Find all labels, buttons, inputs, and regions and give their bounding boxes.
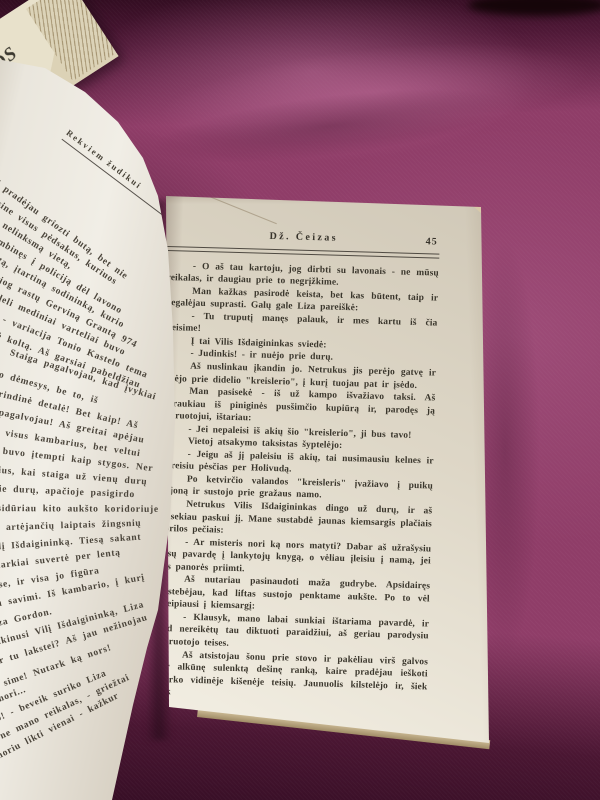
photo-open-book-on-fabric: OS S Dž. Čeizas 45 - O aš tau kartoju, j… <box>0 0 600 800</box>
left-page-line: atsidūriau kito aukšto koridoriuje <box>0 504 159 515</box>
page-number: 45 <box>426 236 438 247</box>
right-book-page: Dž. Čeizas 45 - O aš tau kartoju, jog di… <box>158 188 494 754</box>
right-page-body-text: - O aš tau kartoju, jog dirbti su lavona… <box>155 260 439 707</box>
right-page-content: Dž. Čeizas 45 - O aš tau kartoju, jog di… <box>155 228 440 706</box>
paragraph: Aš atsistojau šonu prie stovo ir pakėlia… <box>155 648 428 706</box>
